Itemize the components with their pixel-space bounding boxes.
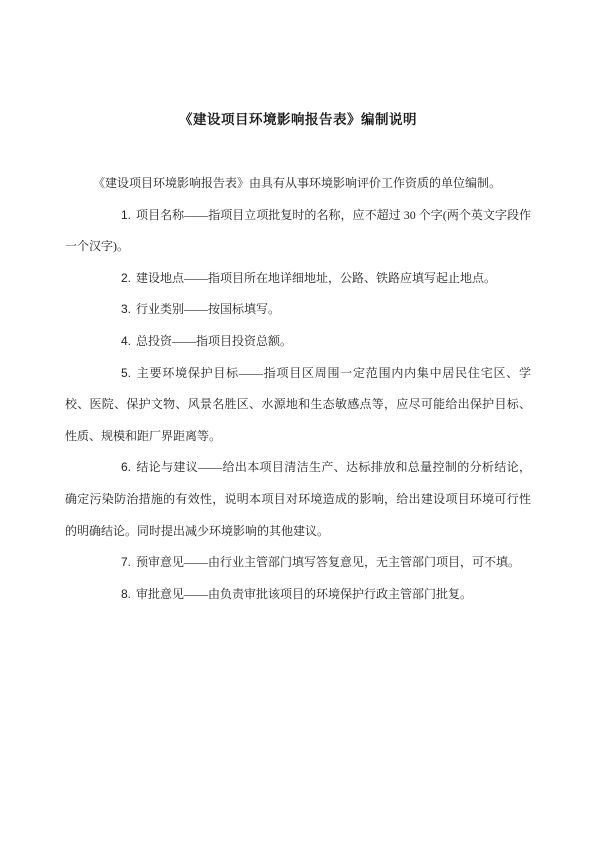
item-number: 3.: [93, 294, 131, 326]
item-number: 4.: [93, 326, 131, 358]
item-text: 行业类别——按国标填写。: [136, 302, 280, 316]
item-text: 预审意见——由行业主管部门填写答复意见，无主管部门项目，可不填。: [136, 555, 520, 569]
item-number: 8.: [93, 579, 131, 611]
item-paragraph-7: 7.预审意见——由行业主管部门填写答复意见，无主管部门项目，可不填。: [65, 547, 531, 579]
item-paragraph-4: 4.总投资——指项目投资总额。: [65, 326, 531, 358]
intro-paragraph: 《建设项目环境影响报告表》由具有从事环境影响评价工作资质的单位编制。: [65, 168, 531, 200]
item-paragraph-6: 6.结论与建议——给出本项目清洁生产、达标排放和总量控制的分析结论，确定污染防治…: [65, 452, 531, 547]
item-number: 2.: [93, 263, 131, 295]
item-text: 主要环境保护目标——指项目区周围一定范围内内集中居民住宅区、学校、医院、保护文物…: [65, 366, 531, 443]
item-paragraph-5: 5.主要环境保护目标——指项目区周围一定范围内内集中居民住宅区、学校、医院、保护…: [65, 358, 531, 453]
item-number: 6.: [93, 452, 131, 484]
item-paragraph-2: 2.建设地点——指项目所在地详细地址，公路、铁路应填写起止地点。: [65, 263, 531, 295]
item-paragraph-1: 1.项目名称——指项目立项批复时的名称，应不超过 30 个字(两个英文字段作一个…: [65, 200, 531, 263]
item-number: 7.: [93, 547, 131, 579]
item-text: 总投资——指项目投资总额。: [136, 334, 292, 348]
item-text: 建设地点——指项目所在地详细地址，公路、铁路应填写起止地点。: [136, 271, 496, 285]
document-title: 《建设项目环境影响报告表》编制说明: [65, 104, 531, 136]
item-number: 5.: [93, 358, 131, 390]
document-page: 《建设项目环境影响报告表》编制说明 《建设项目环境影响报告表》由具有从事环境影响…: [0, 0, 595, 841]
title-spacer: [65, 136, 531, 168]
item-text: 审批意见——由负责审批该项目的环境保护行政主管部门批复。: [136, 587, 472, 601]
item-paragraph-3: 3.行业类别——按国标填写。: [65, 294, 531, 326]
item-text: 结论与建议——给出本项目清洁生产、达标排放和总量控制的分析结论，确定污染防治措施…: [65, 460, 531, 537]
item-paragraph-8: 8.审批意见——由负责审批该项目的环境保护行政主管部门批复。: [65, 579, 531, 611]
item-number: 1.: [93, 200, 131, 232]
item-text: 项目名称——指项目立项批复时的名称，应不超过 30 个字(两个英文字段作一个汉字…: [65, 208, 531, 254]
